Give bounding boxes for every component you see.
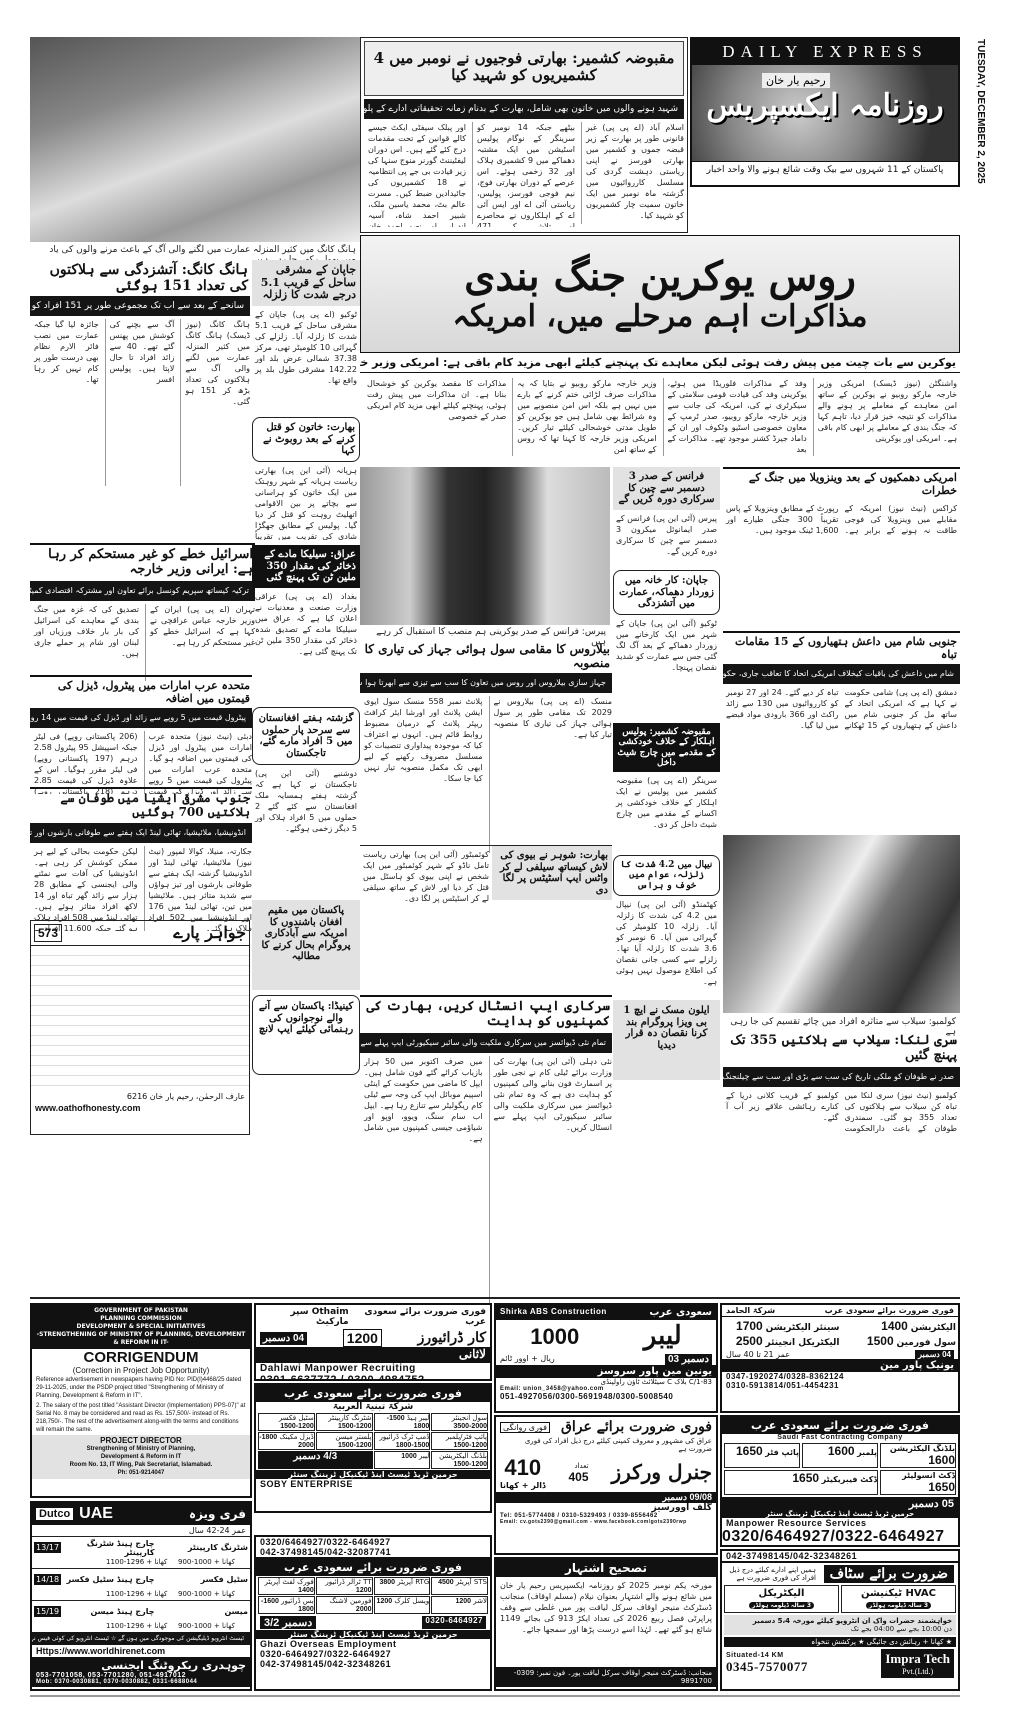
main-headline-banner: روس یوکرین جنگ بندی مذاکرات اہم مرحلے می… xyxy=(360,235,960,353)
ghazi-brand: حرمین ٹریڈ ٹیسٹ اینڈ ٹیکنیکل ٹریننگ سنٹر xyxy=(256,1630,490,1639)
kashmir-police-story: مقبوضہ کشمیر: پولیس اہلکار کے خلاف خودکش… xyxy=(613,723,720,853)
saudi-fast-title: فوری ضرورت برائے سعودی عرب xyxy=(722,1417,958,1434)
india-hostel-headline: بھارت: شوہر نے بیوی کی لاش کیساتھ سیلفی … xyxy=(492,846,612,900)
job-salary: 1650 xyxy=(792,1471,819,1485)
dutco-charge-job: چارج ہینڈ شٹرنگ کارپینٹر xyxy=(63,1539,154,1557)
iran-body-col: تہران (اے پی پی) ایران کے وزیر خارجہ عبا… xyxy=(145,604,255,681)
belarus-headline: بیلاروس کا مقامی سول ہوائی جہاز کی تیاری… xyxy=(360,641,612,673)
corrigendum-phone: Ph: 051-9214047 xyxy=(34,1469,248,1477)
india-woman-headline: بھارت: خاتون کو قتل کرنے کے بعد روبوٹ نے… xyxy=(252,417,360,462)
zelensky-macron-photo xyxy=(360,467,610,625)
kashmir-body: اسلام آباد (اے پی پی) غیر قانونی طور پر … xyxy=(361,119,687,227)
dahlawi-brand: لاثانی xyxy=(256,1347,490,1363)
dutco-test-dates: 13/17 xyxy=(34,1542,61,1553)
se-asia-subhead: انڈونیشیا، ملائیشیا، تھائی لینڈ ایک ہفتے… xyxy=(30,823,252,843)
ghazi-job: لاشر 1200 xyxy=(431,1596,488,1614)
saudi-fast-job: ڈکٹ فیبریکیٹر 1650 xyxy=(724,1470,878,1495)
job-salary: 1200 xyxy=(377,1598,393,1605)
job-requirement: 3 سالہ ڈپلومہ ہولڈر xyxy=(749,1602,814,1609)
job-salary: 1400 xyxy=(298,1587,314,1594)
shirka-alhamid-brand: یونیک پاور مین xyxy=(722,1359,958,1372)
job-salary: 1600 xyxy=(928,1453,955,1467)
belarus-subhead: جہاز سازی بیلاروس اور روس میں تعاون کا س… xyxy=(360,673,612,693)
impra-company-sub: Pvt.(Ltd.) xyxy=(885,1667,950,1676)
job-salary: 3800 xyxy=(379,1579,395,1586)
ghazi-job: فورمین لاشنگ 2000 xyxy=(316,1596,373,1614)
france-body: پیرس (آئی این پی) فرانس کے صدر ایمانوئل … xyxy=(613,510,720,570)
iran-headline: اسرائیل خطے کو غیر مستحکم کر رہا ہے: ایر… xyxy=(30,545,255,581)
iraq-ad-count: 405 xyxy=(569,1470,589,1484)
tabniya-company-en: SOBY ENTERPRISE xyxy=(256,1479,490,1489)
tabniya-brand: حرمین ٹریڈ ٹیسٹ اینڈ ٹیکنیکل ٹریننگ سنٹر xyxy=(256,1470,490,1479)
impra-job: الیکٹریکل3 سالہ ڈپلومہ ہولڈر xyxy=(724,1585,839,1613)
tajikistan-headline: گزشتہ ہفتے افغانستان سے سرحد پار حملوں م… xyxy=(252,707,360,765)
job-title: الیکٹریکل انجینئر xyxy=(766,1338,840,1348)
job-title: بلڈنگ الیکٹریشن xyxy=(890,1444,955,1453)
job-salary: 1500 xyxy=(867,1334,894,1348)
japan-quake-headline: جاپان کے مشرقی ساحل کے قریب 5.1 درجے شدت… xyxy=(252,260,360,306)
saudi-fast-jobs: بلڈنگ الیکٹریشن 1600 پلمبر 1600 پائپ فٹر… xyxy=(722,1441,958,1497)
corrigendum-ad: GOVERNMENT OF PAKISTAN PLANNING COMMISSI… xyxy=(30,1303,252,1498)
job-title: الیکٹریکل xyxy=(759,1588,805,1599)
job-title: ڈکٹ فیبریکیٹر xyxy=(822,1475,877,1484)
kashmir-story: مقبوضہ کشمیر: بھارتی فوجیوں نے نومبر میں… xyxy=(360,37,688,233)
dutco-date-a: 13 xyxy=(36,1543,46,1552)
job-title: سول فورمین xyxy=(897,1338,957,1348)
iraq-ad-tag: فوری روانگی xyxy=(500,1422,550,1433)
ghazi-company: Ghazi Overseas Employment xyxy=(256,1639,490,1649)
iran-body-col: تصدیق کی کہ غزہ میں جنگ بندی کے معاہدے ک… xyxy=(30,604,139,681)
tabniya-job: پائپ فٹر/پلمبر 1200-1500 xyxy=(431,1432,488,1450)
syria-body: دمشق (اے پی پی) شامی حکومت نے کہا ہے کہ … xyxy=(723,684,960,824)
dahlawi-company: Dahlawi Manpower Recruiting xyxy=(256,1363,490,1374)
japan-factory-body: ٹوکیو (آئی این پی) جاپان کے شہر میں ایک … xyxy=(613,615,720,715)
masthead: DAILY EXPRESS روزنامہ ایکسپریس رحیم یار … xyxy=(690,37,960,187)
shirka-abs-brand: یونین مین پاور سروسز xyxy=(496,1365,716,1378)
se-asia-headline: جنوب مشرقی ایشیا میں طوفان سے ہلاکتیں 70… xyxy=(30,789,252,823)
corrigendum-para-2: 2. The salary of the post titled "Assist… xyxy=(32,1401,250,1435)
shirka-abs-address: 83-C/1 بلاک C سیٹلائٹ ٹاؤن راولپنڈی xyxy=(496,1378,716,1386)
impra-perks: ★ کھانا + رہائش دی جائیگی ★ پرکشش تنخواہ xyxy=(724,1637,956,1647)
main-headline-line-2: مذاکرات اہم مرحلے میں، امریکہ xyxy=(453,300,868,335)
shirka-abs-ad: Shirka ABS Construction سعودی عرب 1000 ل… xyxy=(494,1303,718,1413)
tajikistan-body: دوشنبے (آئی این پی) تاجکستان نے کہا ہے ک… xyxy=(252,765,360,885)
ghazi-ad: 0320/6464927/0322-6464927 042-37498145/0… xyxy=(254,1535,492,1691)
corrigendum-footer: PROJECT DIRECTOR Strengthening of Minist… xyxy=(32,1435,250,1479)
srilanka-subhead: صدر نے طوفان کو ملکی تاریخ کی سب سے بڑی … xyxy=(723,1067,960,1087)
kashmir-body-col: اور پبلک سیفٹی ایکٹ جیسے کالے قوانین کے … xyxy=(364,122,466,224)
shirka-alhamid-date: 04 دسمبر xyxy=(915,1350,954,1359)
dutco-phones: 053-7701058, 053-7701280, 051-4917012 xyxy=(36,1672,246,1679)
corrigendum-para-1: Reference advertisement in newspapers ha… xyxy=(32,1375,250,1401)
india-app-body: نئی دہلی (آئی این پی) بھارت کی وزارت برا… xyxy=(360,1053,612,1303)
ghazi-phone-small: 0320-6464927 xyxy=(422,1616,486,1629)
job-title: TT ٹرالر ڈرائیور xyxy=(325,1578,371,1586)
venezuela-story: امریکی دھمکیوں کے بعد وینزویلا میں جنگ ک… xyxy=(723,467,960,627)
india-hostel-story: بھارت: شوہر نے بیوی کی لاش کیساتھ سیلفی … xyxy=(360,845,612,993)
jawahar-pare-number: 573 xyxy=(34,924,62,942)
correction-notice-footer: منجانب: ڈسٹرکٹ منیجر اوقاف سرکل لیاقت پو… xyxy=(496,1667,716,1687)
france-story: فرانس کے صدر 3 دسمبر سے چین کا سرکاری دو… xyxy=(613,467,720,567)
impra-job: HVAC ٹیکنیشن3 سالہ ڈپلومہ ہولڈر xyxy=(841,1585,956,1613)
impra-ad: 042-37498145/042-32348261 ہمیں اپنے ادار… xyxy=(720,1549,960,1691)
saudi-fast-brand: حرمین ٹریڈ ٹیسٹ اینڈ ٹیکنیکل ٹریننگ سنٹر xyxy=(722,1510,958,1518)
kashmir-police-headline: مقبوضہ کشمیر: پولیس اہلکار کے خلاف خودکش… xyxy=(613,723,720,772)
uae-body-col: (206 پاکستانی روپے) فی لیٹر جبکہ اسپیشل … xyxy=(30,731,138,794)
job-salary: 1600 xyxy=(828,1444,855,1458)
saudi-fast-job: بلڈنگ الیکٹریشن 1600 xyxy=(880,1443,956,1468)
dutco-agency: چوہدری ریکروٹنگ ایجنسی xyxy=(36,1659,246,1672)
main-body-col: وزیر خارجہ مارکو روبیو نے بتایا کہ یہ مذ… xyxy=(512,378,656,456)
musk-box: ایلون مسک نے ایچ 1 بی ویزا پروگرام بند ک… xyxy=(613,1000,720,1080)
se-asia-body-col: جکارتہ، منیلا، کوالا لمپور (نیٹ نیوز) مل… xyxy=(144,846,253,931)
job-title: پلمبر xyxy=(857,1448,877,1457)
job-salary: 2500 xyxy=(736,1334,763,1348)
hong-kong-headline: ہانگ کانگ: آتشزدگی سے ہلاکتوں کی تعداد 1… xyxy=(30,260,250,296)
saudi-fast-phones-1: 0320/6464927/0322-6464927 xyxy=(722,1528,958,1546)
saudi-fast-company-en: Manpower Resource Services xyxy=(722,1518,958,1528)
japan-factory-story: جاپان: کار خانہ میں زوردار دھماکہ، عمارت… xyxy=(613,570,720,720)
dutco-date-b: 18 xyxy=(49,1575,59,1584)
ghazi-date: 3/2 دسمبر xyxy=(260,1616,316,1629)
belarus-body: منسک (اے پی پی) بیلاروس نے 2029 تک مقامی… xyxy=(360,693,612,853)
corrigendum-commission: PLANNING COMMISSION xyxy=(34,1315,248,1323)
shirka-alhamid-job: سینئر الیکٹریشن 1700 xyxy=(724,1319,840,1333)
kashmir-headline: مقبوضہ کشمیر: بھارتی فوجیوں نے نومبر میں… xyxy=(364,41,684,96)
syria-story: جنوبی شام میں داعش ہتھیاروں کے 15 مقامات… xyxy=(723,631,960,831)
venezuela-headline: امریکی دھمکیوں کے بعد وینزویلا میں جنگ ک… xyxy=(723,467,960,500)
shirka-alhamid-age: عمر 21 تا 40 سال xyxy=(726,1350,790,1359)
ghazi-jobs: STS آپریٹر 4500 RTG آپریٹر 3800 TT ٹرالر… xyxy=(256,1576,490,1615)
japan-factory-headline: جاپان: کار خانہ میں زوردار دھماکہ، عمارت… xyxy=(613,570,720,615)
india-woman-body: ہریانہ (آئی این پی) بھارتی ریاست ہریانہ … xyxy=(252,462,360,540)
impra-intro: ہمیں اپنے ادارے کیلئے درج ذیل افراد کی ف… xyxy=(726,1566,816,1582)
nepal-body: کھٹمنڈو (آئی این پی) نیپال میں 4.2 کی شد… xyxy=(613,896,720,986)
ghazi-job: TT ٹرالر ڈرائیور 1200 xyxy=(316,1577,373,1595)
iraq-ad-brand: گلف اوورسیز xyxy=(496,1503,716,1513)
main-body-col: مذاکرات کا مقصد یوکرین کو خوشحال بنانا ہ… xyxy=(363,378,506,456)
job-title: بس ڈرائیور xyxy=(281,1597,314,1605)
job-title: HVAC ٹیکنیشن xyxy=(861,1588,936,1599)
ghazi-job: RTG آپریٹر 3800 xyxy=(374,1577,431,1595)
shirka-abs-date: 03 دسمبر xyxy=(665,1354,712,1365)
corrigendum-footer-line: Room No. 13, IT Wing, Pak Secretariat, I… xyxy=(34,1461,248,1469)
uae-headline: متحدہ عرب امارات میں پیٹرول، ڈیزل کی قیم… xyxy=(30,677,252,708)
hong-kong-body-col: جائزہ لیا گیا جبکہ عمارت میں نصب فائر ال… xyxy=(30,319,99,486)
iraq-ad-salary: 410 xyxy=(500,1455,546,1481)
dutco-visa: فری ویزہ xyxy=(189,1507,246,1521)
job-requirement: 3 سالہ ڈپلومہ ہولڈر xyxy=(866,1602,931,1609)
shirka-abs-salary: 1000 xyxy=(530,1324,579,1350)
ads-divider xyxy=(30,1297,960,1299)
ghazi-phones-2: 042-37498145/042-32348261 xyxy=(256,1659,490,1669)
ghazi-job: STS آپریٹر 4500 xyxy=(431,1577,488,1595)
dutco-charge-job: چارج ہینڈ میسن xyxy=(63,1607,154,1616)
othaim-job: کار ڈرائیورز xyxy=(418,1330,486,1346)
india-woman-story: بھارت: خاتون کو قتل کرنے کے بعد روبوٹ نے… xyxy=(252,417,360,542)
masthead-city: رحیم یار خان xyxy=(762,73,830,88)
job-salary: 1400 xyxy=(881,1319,908,1333)
corrigendum-subtitle: (Correction in Project Job Opportunity) xyxy=(32,1366,250,1375)
othaim-date: 04 دسمبر xyxy=(260,1332,307,1345)
tabniya-job: سٹیل فکسر 1200-1500 xyxy=(258,1413,315,1431)
shirka-alhamid-job: الیکٹریشن 1400 xyxy=(841,1319,957,1333)
shirka-alhamid-jobs: الیکٹریشن 1400 سینئر الیکٹریشن 1700 سول … xyxy=(722,1317,958,1350)
canada-box: کینیڈا: پاکستان سے آنے والے نوجوانوں کی … xyxy=(252,995,360,1075)
srilanka-story: سری لنکا: سیلاب سے ہلاکتیں 355 تک پہنچ گ… xyxy=(723,1031,960,1293)
dutco-job: سٹیل فکسر xyxy=(157,1575,248,1584)
impra-phone: 0345-7570077 xyxy=(726,1659,808,1675)
job-title: پلستر میسن xyxy=(335,1433,371,1441)
job-title: لیبر xyxy=(419,1452,429,1460)
corrigendum-gov: GOVERNMENT OF PAKISTAN xyxy=(34,1307,248,1315)
job-salary: 1200-1500 xyxy=(338,1423,372,1430)
dutco-date-b: 17 xyxy=(49,1543,59,1552)
jawahar-pare-website[interactable]: www.oathofhonesty.com xyxy=(31,1102,249,1114)
tabniya-job: لیبر ہیڈ 1500-1800 xyxy=(374,1413,431,1431)
hong-kong-body-col: ہانگ کانگ (نیوز ڈیسک) ہانگ کانگ میں کثیر… xyxy=(180,319,250,486)
tabniya-job: بلڈنگ الیکٹریشن 1200-1500 xyxy=(431,1451,488,1469)
dahlawi-ad: فوری ضرورت برائے سعودی عرب Othaim سپر ما… xyxy=(254,1303,492,1381)
shirka-abs-phones: 051-4927056/0300-5691948/0300-5008540 xyxy=(496,1392,716,1401)
shirka-alhamid-phones-1: 0347-1920274/0328-8362124 xyxy=(722,1372,958,1381)
iraq-ad-intro: عراق کی مشہور و معروف کمپنی کیلئے درج ذی… xyxy=(496,1437,716,1453)
impra-interview: خواہشمند حضرات واک ان انٹرویو کیلئے مورخ… xyxy=(724,1615,956,1635)
iraq-body: بغداد (اے پی پی) عراقی وزارت صنعت و معدن… xyxy=(252,588,360,698)
tabniya-job: لیبر 1000 xyxy=(374,1451,431,1469)
job-title: STS آپریٹر xyxy=(456,1578,487,1586)
impra-interview-time: دن 10:00 بجے سے 04:00 بجے تک xyxy=(728,1625,952,1633)
nepal-story: نیپال میں 4.2 شدت کا زلزلہ، عوام میں خوف… xyxy=(613,855,720,995)
job-title: شٹرنگ کارپینٹر xyxy=(328,1414,371,1422)
srilanka-flood-photo xyxy=(723,835,960,1013)
dutco-country: UAE xyxy=(79,1505,113,1523)
tabniya-job: ڈیزل مکینک 1800-2000 xyxy=(258,1432,315,1450)
belarus-body-col: منسک (اے پی پی) بیلاروس نے 2029 تک مقامی… xyxy=(489,696,613,853)
impra-company: Impra Tech xyxy=(885,1651,950,1667)
kashmir-police-body: سرینگر (اے پی پی) مقبوضہ کشمیر میں پولیس… xyxy=(613,772,720,842)
hong-kong-flowers-photo xyxy=(30,37,360,242)
iraq-ad: فوری روانگی فوری ضرورت برائے عراق عراق ک… xyxy=(494,1415,718,1555)
job-salary: 1200-1500 xyxy=(338,1442,372,1449)
dutco-salary: 900-1000 + کھانا xyxy=(178,1558,248,1568)
uae-body: دبئی (نیٹ نیوز) متحدہ عرب امارات میں پیٹ… xyxy=(30,728,252,794)
job-title: بلڈنگ الیکٹریشن xyxy=(439,1452,487,1460)
job-salary: 1700 xyxy=(736,1319,763,1333)
shirka-alhamid-job: الیکٹریکل انجینئر 2500 xyxy=(724,1334,840,1348)
shirka-abs-note: ریال + اوور ٹائم xyxy=(500,1354,555,1365)
se-asia-body-col: لیکن حکومت بحالی کے لیے ہر ممکن کوشش کر … xyxy=(30,846,138,931)
iraq-headline: عراق: سیلیکا مادے کے ذخائر کی مقدار 350 … xyxy=(252,545,360,588)
job-salary: 1200-1500 xyxy=(280,1423,314,1430)
dutco-job-rows: 13/17 چارج ہینڈ شٹرنگ کارپینٹر شٹرنگ کار… xyxy=(32,1536,250,1632)
othaim-salary: 1200 xyxy=(343,1329,382,1347)
corrigendum-title: CORRIGENDUM xyxy=(32,1349,250,1366)
saudi-fast-job: پائپ فٹر 1650 xyxy=(724,1443,800,1468)
corrigendum-director: PROJECT DIRECTOR xyxy=(34,1437,248,1445)
tabniya-ad: فوری ضرورت برائے سعودی عرب شرکۃ تبنیۃ ال… xyxy=(254,1383,492,1513)
tabniya-date: 4/3 دسمبر xyxy=(258,1451,373,1469)
job-title: ویسل کلرک xyxy=(394,1597,429,1605)
shirka-abs-title: سعودی عرب xyxy=(649,1307,712,1318)
tabniya-phones-2: 042-37498145/042-32087741 xyxy=(256,1547,490,1559)
iraq-ad-title: فوری ضرورت برائے عراق xyxy=(561,1419,712,1435)
corrigendum-footer-line: Strengthening of Ministry of Planning, xyxy=(34,1445,248,1453)
job-title: سول انجینئر xyxy=(452,1414,487,1422)
dutco-charge-job: چارج ہینڈ سٹیل فکسر xyxy=(63,1575,154,1584)
othaim-company: Othaim سپر مارکیٹ xyxy=(260,1307,349,1327)
dutco-mobiles: Mob: 0370-0030881, 0370-0030882, 0331-66… xyxy=(36,1679,246,1685)
kashmir-body-col: بیٹھے جبکہ 14 نومبر کو سرینگر کے نوگام پ… xyxy=(472,122,575,224)
dutco-notice: ٹیسٹ انٹرویو ڈیلیگیشن کی موجودگی میں ہوں… xyxy=(32,1632,250,1645)
job-salary: 1650 xyxy=(736,1444,763,1458)
srilanka-body: کولمبو (نیٹ نیوز) سری لنکا میں تباہ کن س… xyxy=(723,1087,960,1297)
uae-body-col: دبئی (نیٹ نیوز) متحدہ عرب امارات میں پیٹ… xyxy=(144,731,253,794)
saudi-fast-ad: فوری ضرورت برائے سعودی عرب Saudi Fast Co… xyxy=(720,1415,960,1547)
job-title: سینئر الیکٹریشن xyxy=(766,1323,840,1333)
shirka-abs-job: لیبر xyxy=(644,1322,682,1352)
dutco-job: شٹرنگ کارپینٹر xyxy=(157,1543,248,1552)
jawahar-pare-author: عارف الرحمٰن، رحیم یار خان 6216 xyxy=(31,1091,249,1102)
india-hostel-body: کوئمبٹور (آئی این پی) بھارتی ریاست تامل … xyxy=(360,846,492,986)
dahlawi-phones: 0301-6637772 / 0300-4984752 xyxy=(256,1374,490,1381)
job-salary: 1200-1500 xyxy=(454,1442,488,1449)
india-app-body-col: نئی دہلی (آئی این پی) بھارت کی وزارت برا… xyxy=(489,1056,613,1303)
shirka-abs-company: Shirka ABS Construction xyxy=(500,1307,607,1318)
job-title: لیبر ہیڈ xyxy=(407,1414,429,1422)
tabniya-company: شرکۃ تبنیۃ العربیۃ xyxy=(256,1402,490,1412)
iraq-ad-salary-note: ڈالر + کھانا xyxy=(500,1481,546,1490)
ghazi-phones-1: 0320-6464927/0322-6464927 xyxy=(256,1649,490,1659)
france-headline: فرانس کے صدر 3 دسمبر سے چین کا سرکاری دو… xyxy=(613,467,720,510)
dutco-job: میسن xyxy=(157,1607,248,1616)
job-salary: 2000-3500 xyxy=(454,1423,488,1430)
dutco-age: عمر 24-42 سال xyxy=(32,1525,250,1536)
tabniya-job: پلستر میسن 1200-1500 xyxy=(316,1432,373,1450)
impra-interview-date: خواہشمند حضرات واک ان انٹرویو کیلئے مورخ… xyxy=(728,1617,952,1625)
saudi-fast-company: Saudi Fast Contracting Company xyxy=(722,1434,958,1441)
ghazi-job: بس ڈرائیور 1600-1800 xyxy=(258,1596,315,1614)
tabniya-jobs: سول انجینئر 2000-3500 لیبر ہیڈ 1500-1800… xyxy=(256,1412,490,1470)
tabniya-phones-1: 0320/6464927/0322-6464927 xyxy=(256,1537,490,1547)
dutco-logo: Dutco xyxy=(36,1508,73,1520)
job-salary: 1500-1800 xyxy=(396,1442,430,1449)
correction-notice-body: مورخہ یکم نومبر 2025 کو روزنامہ ایکسپریس… xyxy=(496,1577,716,1667)
main-headline-line-1: روس یوکرین جنگ بندی xyxy=(464,254,856,300)
masthead-urdu-title: روزنامہ ایکسپریس xyxy=(702,89,948,124)
job-title: لاشر xyxy=(473,1597,487,1605)
job-salary: 1200 xyxy=(455,1598,471,1605)
nepal-headline: نیپال میں 4.2 شدت کا زلزلہ، عوام میں خوف… xyxy=(613,855,720,896)
job-title: الیکٹریشن xyxy=(911,1323,956,1333)
kashmir-body-col: اسلام آباد (اے پی پی) غیر قانونی طور پر … xyxy=(581,122,684,224)
dutco-date-a: 14 xyxy=(36,1575,46,1584)
belarus-story: بیلاروس کا مقامی سول ہوائی جہاز کی تیاری… xyxy=(360,641,612,841)
correction-notice-title: تصحیح اشتہار xyxy=(496,1559,716,1577)
masthead-tagline: پاکستان کے 11 شہروں سے بیک وقت شائع ہونے… xyxy=(692,161,958,178)
dutco-website[interactable]: Https://www.worldhirenet.com xyxy=(32,1645,250,1657)
ghazi-job: فورک لفٹ آپریٹر 1400 xyxy=(258,1577,315,1595)
dutco-date-a: 15 xyxy=(36,1607,46,1616)
job-salary: 1000 xyxy=(401,1453,417,1460)
main-body-col: وفد کے مذاکرات فلوریڈا میں ہوئے، یوکرینی… xyxy=(663,378,807,456)
jawahar-pare-box: 573 جواہر پارے عارف الرحمٰن، رحیم یار خا… xyxy=(30,920,250,1135)
pakistan-afghans-box: پاکستان میں مقیم افغان باشندوں کا امریکہ… xyxy=(252,900,360,990)
shirka-alhamid-job: سول فورمین 1500 xyxy=(841,1334,957,1348)
hong-kong-body-col: آگ سے بچنے کی کوشش میں پھنس گئے تھے۔ 40 … xyxy=(105,319,175,486)
hong-kong-body: ہانگ کانگ (نیوز ڈیسک) ہانگ کانگ میں کثیر… xyxy=(30,316,250,486)
iran-subhead: ترکیہ کیساتھ سپریم کونسل برائے تعاون اور… xyxy=(30,581,255,601)
job-salary: 4500 xyxy=(438,1579,454,1586)
job-title: فورک لفٹ آپریٹر xyxy=(264,1578,313,1586)
dutco-salary: 900-1000 + کھانا xyxy=(178,1590,248,1600)
india-app-headline: سرکاری ایپ انسٹال کریں، بھارت کی کمپنیوں… xyxy=(360,997,612,1033)
main-subhead: یوکرین سے بات چیت میں پیش رفت ہوئی لیکن … xyxy=(360,355,960,373)
job-title: پائپ فٹر xyxy=(765,1448,799,1457)
othaim-title: فوری ضرورت برائے سعودی عرب xyxy=(349,1307,486,1327)
dutco-charge-salary: 1100-1296 + کھانا xyxy=(106,1590,176,1600)
job-salary: 1650 xyxy=(928,1480,955,1494)
impra-title: ضرورت برائے سٹاف xyxy=(824,1565,954,1583)
japan-quake-story: جاپان کے مشرقی ساحل کے قریب 5.1 درجے شدت… xyxy=(252,260,360,415)
tabniya-job: شٹرنگ کارپینٹر 1200-1500 xyxy=(316,1413,373,1431)
india-app-story: سرکاری ایپ انسٹال کریں، بھارت کی کمپنیوں… xyxy=(360,995,612,1295)
corrigendum-header: GOVERNMENT OF PAKISTAN PLANNING COMMISSI… xyxy=(32,1305,250,1349)
masthead-logo: روزنامہ ایکسپریس رحیم یار خان xyxy=(692,65,958,161)
job-salary: 1200 xyxy=(356,1587,372,1594)
jawahar-pare-title: جواہر پارے xyxy=(173,924,246,942)
jawahar-pare-body xyxy=(31,946,249,1091)
masthead-english-title: DAILY EXPRESS xyxy=(692,39,958,65)
uae-subhead: پیٹرول قیمت میں 5 روپے سے زائد اور ڈیزل … xyxy=(30,708,252,728)
srilanka-headline: سری لنکا: سیلاب سے ہلاکتیں 355 تک پہنچ گ… xyxy=(723,1031,960,1067)
tajikistan-story: گزشتہ ہفتے افغانستان سے سرحد پار حملوں م… xyxy=(252,707,360,897)
corrigendum-project: -STRENGTHENING OF MINISTRY OF PLANNING, … xyxy=(34,1331,248,1347)
iran-story: اسرائیل خطے کو غیر مستحکم کر رہا ہے: ایر… xyxy=(30,543,255,673)
correction-notice-ad: تصحیح اشتہار مورخہ یکم نومبر 2025 کو روز… xyxy=(494,1557,718,1691)
uae-story: متحدہ عرب امارات میں پیٹرول، ڈیزل کی قیم… xyxy=(30,675,252,785)
se-asia-body: جکارتہ، منیلا، کوالا لمپور (نیٹ نیوز) مل… xyxy=(30,843,252,931)
job-title: ڈیزل مکینک xyxy=(279,1433,313,1441)
shirka-alhamid-ad: فوری ضرورت برائے سعودی عرب شرکۃ الحامد ا… xyxy=(720,1303,960,1413)
hong-kong-subhead: سانحے کے بعد سے اب تک مجموعی طور پر 151 … xyxy=(30,296,250,316)
iraq-ad-date: 09/08 دسمبر xyxy=(496,1492,716,1503)
main-body-col: واشنگٹن (نیوز ڈیسک) امریکی وزیر خارجہ ما… xyxy=(813,378,957,456)
hong-kong-photo-caption: ہانگ کانگ میں کثیر المنزلہ عمارت میں لگن… xyxy=(30,243,360,257)
iran-body: تہران (اے پی پی) ایران کے وزیر خارجہ عبا… xyxy=(30,601,255,681)
dutco-ad: Dutco UAE فری ویزہ عمر 24-42 سال 13/17 چ… xyxy=(30,1501,252,1691)
iraq-story: عراق: سیلیکا مادے کے ذخائر کی مقدار 350 … xyxy=(252,545,360,705)
dutco-salary: 900-1000 + کھانا xyxy=(178,1622,248,1632)
iraq-ad-job: جنرل ورکرز xyxy=(612,1461,712,1484)
ghazi-job: ویسل کلرک 1200 xyxy=(374,1596,431,1614)
syria-subhead: شام میں داعش کی باقیات کیخلاف امریکی اتح… xyxy=(723,664,960,684)
zelensky-photo-caption: پیرس: فرانس کے صدر یوکرینی ہم منصب کا اس… xyxy=(360,625,610,639)
india-app-subhead: تمام نئی ڈیوائسز میں سرکاری ملکیت والی س… xyxy=(360,1033,612,1053)
job-title: ڈمپ ٹرک ڈرائیور xyxy=(379,1433,429,1441)
shirka-alhamid-title: فوری ضرورت برائے سعودی عرب xyxy=(825,1306,954,1315)
tabniya-title: فوری ضرورت برائے سعودی عرب xyxy=(256,1385,490,1402)
iraq-ad-count-label: تعداد xyxy=(569,1462,589,1470)
ghazi-title: فوری ضرورت برائے سعودی عرب xyxy=(256,1559,490,1576)
shirka-alhamid-phones-2: 0310-5913814/051-4454231 xyxy=(722,1381,958,1390)
job-title: ڈکٹ انسولیٹر xyxy=(902,1471,955,1480)
hong-kong-story: ہانگ کانگ: آتشزدگی سے ہلاکتوں کی تعداد 1… xyxy=(30,260,250,490)
venezuela-body: کراکس (نیٹ نیوز) امریکہ کے مقابلے میں وی… xyxy=(723,500,960,625)
saudi-fast-phones-2: 042-37498145/042-32348261 xyxy=(722,1551,958,1563)
corrigendum-footer-line: Development & Reform in IT xyxy=(34,1453,248,1461)
syria-headline: جنوبی شام میں داعش ہتھیاروں کے 15 مقامات… xyxy=(723,633,960,664)
